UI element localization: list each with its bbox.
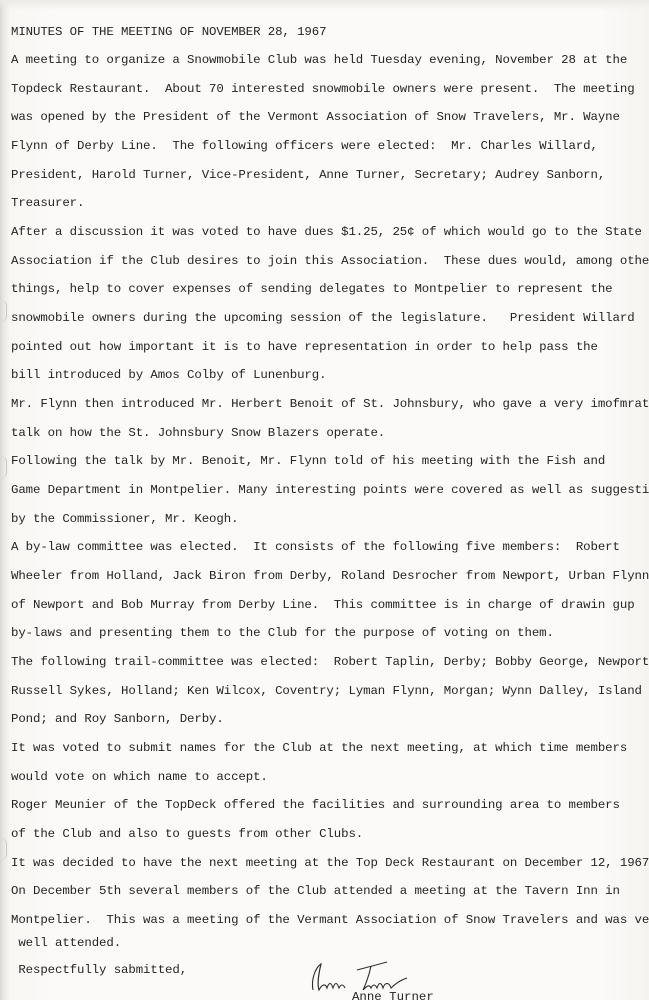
document-line: A meeting to organize a Snowmobile Club … bbox=[11, 53, 627, 67]
punch-hole bbox=[0, 300, 7, 322]
document-line: pointed out how important it is to have … bbox=[11, 340, 598, 354]
punch-hole bbox=[0, 838, 7, 860]
document-line: things, help to cover expenses of sendin… bbox=[11, 282, 613, 296]
document-line: The following trail-committee was electe… bbox=[11, 655, 649, 669]
document-line: bill introduced by Amos Colby of Lunenbu… bbox=[11, 368, 326, 382]
document-line: Following the talk by Mr. Benoit, Mr. Fl… bbox=[11, 454, 605, 468]
document-line: Treasurer. bbox=[11, 196, 84, 210]
document-line: A by-law committee was elected. It consi… bbox=[11, 540, 620, 554]
document-line: Respectfully sabmitted, bbox=[11, 963, 187, 977]
document-line: Montpelier. This was a meeting of the Ve… bbox=[11, 913, 649, 927]
document-line: Topdeck Restaurant. About 70 interested … bbox=[11, 82, 635, 96]
document-line: Russell Sykes, Holland; Ken Wilcox, Cove… bbox=[11, 684, 642, 698]
document-line: Mr. Flynn then introduced Mr. Herbert Be… bbox=[11, 397, 649, 411]
document-line: Flynn of Derby Line. The following offic… bbox=[11, 139, 598, 153]
document-line: by the Commissioner, Mr. Keogh. bbox=[11, 512, 238, 526]
document-line: by-laws and presenting them to the Club … bbox=[11, 626, 554, 640]
document-line: Association if the Club desires to join … bbox=[11, 254, 649, 268]
document-line: talk on how the St. Johnsbury Snow Blaze… bbox=[11, 426, 385, 440]
document-line: Game Department in Montpelier. Many inte… bbox=[11, 483, 649, 497]
document-line: Pond; and Roy Sanborn, Derby. bbox=[11, 712, 224, 726]
document-line: was opened by the President of the Vermo… bbox=[11, 110, 620, 124]
document-line: Roger Meunier of the TopDeck offered the… bbox=[11, 798, 620, 812]
document-line: After a discussion it was voted to have … bbox=[11, 225, 642, 239]
document-line: snowmobile owners during the upcoming se… bbox=[11, 311, 635, 325]
document-line: On December 5th several members of the C… bbox=[11, 884, 620, 898]
paper-edge-shadow bbox=[0, 0, 649, 10]
document-line: would vote on which name to accept. bbox=[11, 770, 268, 784]
document-line: of Newport and Bob Murray from Derby Lin… bbox=[11, 598, 635, 612]
document-line: of the Club and also to guests from othe… bbox=[11, 827, 363, 841]
handwritten-signature bbox=[305, 960, 425, 994]
document-title: MINUTES OF THE MEETING OF NOVEMBER 28, 1… bbox=[11, 25, 326, 39]
document-line: Wheeler from Holland, Jack Biron from De… bbox=[11, 569, 649, 583]
punch-hole bbox=[0, 456, 7, 478]
document-line: It was voted to submit names for the Clu… bbox=[11, 741, 627, 755]
document-line: well attended. bbox=[11, 936, 121, 950]
document-line: It was decided to have the next meeting … bbox=[11, 856, 649, 870]
document-line: President, Harold Turner, Vice-President… bbox=[11, 168, 605, 182]
signature-typed-name: Anne Turner bbox=[352, 990, 434, 1000]
